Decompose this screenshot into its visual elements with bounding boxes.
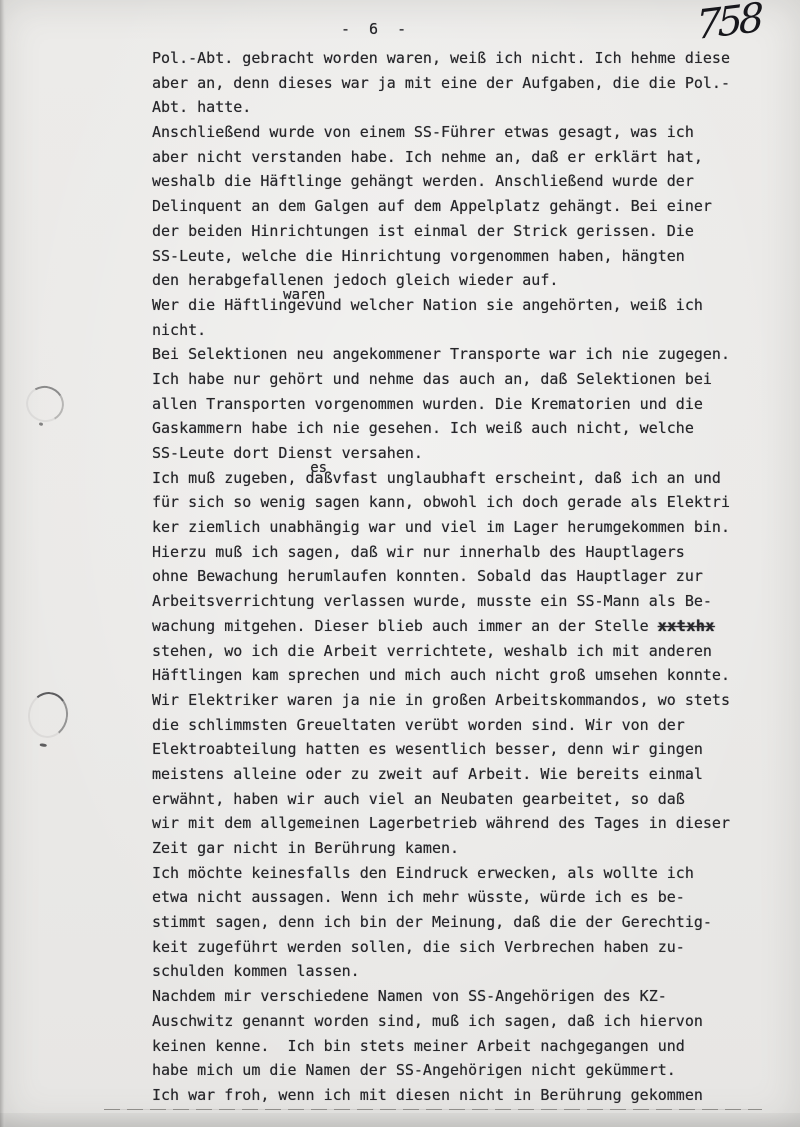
text-line: Häftlingen kam sprechen und mich auch ni…: [152, 663, 758, 688]
text-line: der beiden Hinrichtungen ist einmal der …: [152, 219, 758, 244]
text-line: meistens alleine oder zu zweit auf Arbei…: [152, 762, 758, 787]
text-line: etwa nicht aussagen. Wenn ich mehr wüsst…: [152, 885, 758, 910]
text-line: nicht.: [152, 318, 758, 343]
text-line: stimmt sagen, denn ich bin der Meinung, …: [152, 910, 758, 935]
text-line: den herabgefallenen jedoch gleich wieder…: [152, 268, 758, 293]
text-line: allen Transporten vorgenommen wurden. Di…: [152, 392, 758, 417]
interlinear-insertion: warenv: [306, 296, 315, 314]
text-line: Abt. hatte.: [152, 95, 758, 120]
text-line: Delinquent an dem Galgen auf dem Appelpl…: [152, 194, 758, 219]
text-line: Arbeitsverrichtung verlassen wurde, muss…: [152, 589, 758, 614]
text-line: ker ziemlich unabhängig war und viel im …: [152, 515, 758, 540]
text-line: Bei Selektionen neu angekommener Transpo…: [152, 342, 758, 367]
text-line: die schlimmsten Greueltaten verübt worde…: [152, 713, 758, 738]
scanned-page: - 6 - 758 Pol.-Abt. gebracht worden ware…: [0, 0, 800, 1127]
hole-punch-mark-top: [22, 382, 68, 426]
text-line: aber nicht verstanden habe. Ich nehme an…: [152, 145, 758, 170]
text-line: keinen kenne. Ich bin stets meiner Arbei…: [152, 1034, 758, 1059]
text-line: erwähnt, haben wir auch viel an Neubaten…: [152, 787, 758, 812]
text-line: Gaskammern habe ich nie gesehen. Ich wei…: [152, 416, 758, 441]
text-line: schulden kommen lassen.: [152, 959, 758, 984]
text-line: weshalb die Häftlinge gehängt werden. An…: [152, 169, 758, 194]
text-line: wachung mitgehen. Dieser blieb auch imme…: [152, 614, 758, 639]
text-line: Ich muß zugeben, daßesvfast unglaubhaft …: [152, 466, 758, 491]
page-number: - 6 -: [341, 20, 406, 38]
page-left-edge-shadow: [0, 0, 6, 1127]
text-line: Ich habe nur gehört und nehme das auch a…: [152, 367, 758, 392]
text-line: habe mich um die Namen der SS-Angehörige…: [152, 1058, 758, 1083]
text-line: SS-Leute, welche die Hinrichtung vorgeno…: [152, 244, 758, 269]
text-line: Pol.-Abt. gebracht worden waren, weiß ic…: [152, 46, 758, 71]
text-line: wir mit dem allgemeinen Lagerbetrieb wäh…: [152, 811, 758, 836]
text-line: Anschließend wurde von einem SS-Führer e…: [152, 120, 758, 145]
page-bottom-edge: [0, 1113, 800, 1127]
text-line: Zeit gar nicht in Berührung kamen.: [152, 836, 758, 861]
text-line: ohne Bewachung herumlaufen konnten. Soba…: [152, 564, 758, 589]
handwritten-page-number: 758: [696, 0, 761, 46]
text-line: Elektroabteilung hatten es wesentlich be…: [152, 737, 758, 762]
text-line: Ich möchte keinesfalls den Eindruck erwe…: [152, 861, 758, 886]
text-line: stehen, wo ich die Arbeit verrichtete, w…: [152, 639, 758, 664]
document-body: Pol.-Abt. gebracht worden waren, weiß ic…: [152, 46, 758, 1108]
hole-punch-mark-bottom: [25, 689, 71, 740]
bottom-scan-artifact-line: [104, 1109, 762, 1110]
struck-out-text: xxtxhx: [658, 617, 715, 635]
text-line: Wir Elektriker waren ja nie in großen Ar…: [152, 688, 758, 713]
text-line: SS-Leute dort Dienst versahen.: [152, 441, 758, 466]
text-line: aber an, denn dieses war ja mit eine der…: [152, 71, 758, 96]
text-line: Auschwitz genannt worden sind, muß ich s…: [152, 1009, 758, 1034]
text-line: für sich so wenig sagen kann, obwohl ich…: [152, 490, 758, 515]
text-line: Ich war froh, wenn ich mit diesen nicht …: [152, 1083, 758, 1108]
text-line: Hierzu muß ich sagen, daß wir nur innerh…: [152, 540, 758, 565]
text-line: keit zugeführt werden sollen, die sich V…: [152, 935, 758, 960]
text-line: Wer die Häftlingewarenvund welcher Natio…: [152, 293, 758, 318]
interlinear-insertion: esv: [333, 469, 342, 487]
text-line: Nachdem mir verschiedene Namen von SS-An…: [152, 984, 758, 1009]
